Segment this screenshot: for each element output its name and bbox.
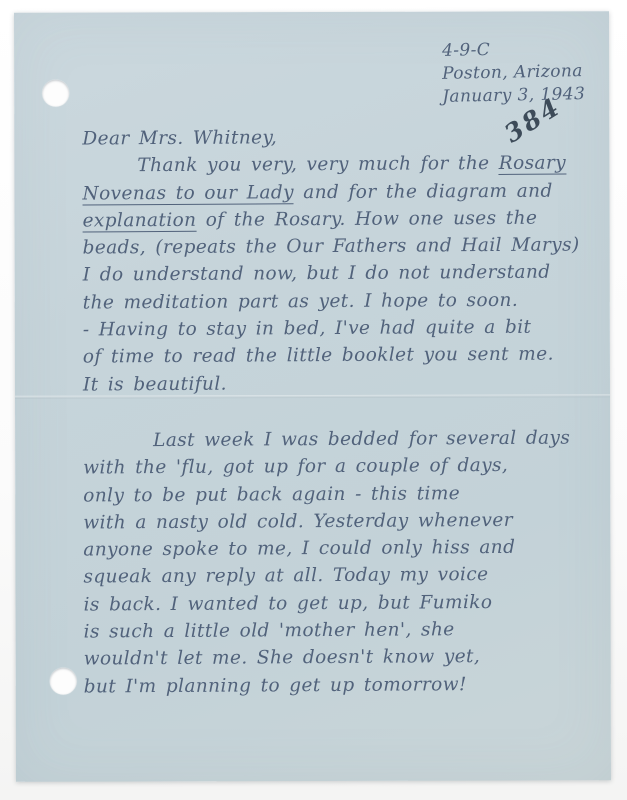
text-segment: is such a little old 'mother hen', she	[84, 619, 455, 642]
header-date: January 3, 1943	[442, 83, 585, 109]
letter-line: is such a little old 'mother hen', she	[84, 615, 599, 645]
text-segment: Dear Mrs. Whitney,	[82, 127, 277, 149]
letter-line: squeak any reply at all. Today my voice	[83, 561, 598, 591]
letter-line: of time to read the little booklet you s…	[83, 341, 598, 371]
text-segment: of time to read the little booklet you s…	[83, 344, 554, 368]
text-segment: only to be put back again - this time	[83, 483, 460, 506]
underlined-text-segment: Rosary	[499, 153, 566, 175]
letter-line: wouldn't let me. She doesn't know yet,	[84, 643, 599, 673]
text-segment: Thank you very, very much for the	[137, 153, 498, 176]
text-segment: is back. I wanted to get up, but Fumiko	[83, 592, 492, 615]
punch-hole-bottom	[50, 668, 77, 695]
letter-line: only to be put back again - this time	[83, 479, 598, 509]
letter-line: I do understand now, but I do not unders…	[83, 259, 598, 289]
punch-hole-top	[42, 80, 69, 107]
letter-line: beads, (repeats the Our Fathers and Hail…	[83, 232, 598, 262]
header-unit-number: 4-9-C	[442, 37, 585, 63]
letter-line: Dear Mrs. Whitney,	[82, 122, 597, 152]
letter-line: Thank you very, very much for the Rosary	[82, 150, 597, 180]
letter-body: Dear Mrs. Whitney,Thank you very, very m…	[82, 123, 599, 699]
letter-line: the meditation part as yet. I hope to so…	[83, 286, 598, 316]
letter-line: explanation of the Rosary. How one uses …	[82, 204, 597, 234]
text-segment: beads, (repeats the Our Fathers and Hail…	[83, 235, 580, 259]
letter-line: It is beautiful.	[83, 368, 598, 398]
scan-background: 4-9-C Poston, Arizona January 3, 1943 38…	[0, 0, 627, 800]
text-segment: the meditation part as yet. I hope to so…	[83, 290, 518, 314]
letter-line: Novenas to our Lady and for the diagram …	[82, 177, 597, 207]
letter-line: is back. I wanted to get up, but Fumiko	[83, 588, 598, 618]
letter-line: with a nasty old cold. Yesterday wheneve…	[83, 506, 598, 536]
text-segment: with a nasty old cold. Yesterday wheneve…	[83, 510, 513, 534]
underlined-text-segment: Novenas to our Lady	[82, 182, 294, 205]
letter-line: but I'm planning to get up tomorrow!	[84, 670, 599, 700]
text-segment: - Having to stay in bed, I've had quite …	[83, 317, 532, 341]
letter-line: anyone spoke to me, I could only hiss an…	[83, 534, 598, 564]
letter-line: - Having to stay in bed, I've had quite …	[83, 313, 598, 343]
text-segment: wouldn't let me. She doesn't know yet,	[84, 646, 481, 669]
text-segment: I do understand now, but I do not unders…	[83, 262, 551, 286]
letter-paper: 4-9-C Poston, Arizona January 3, 1943 38…	[14, 11, 611, 782]
text-segment: with the 'flu, got up for a couple of da…	[83, 455, 508, 479]
underlined-text-segment: explanation	[82, 210, 196, 233]
header-place: Poston, Arizona	[442, 60, 585, 86]
text-segment: and for the diagram and	[294, 180, 553, 203]
text-segment: but I'm planning to get up tomorrow!	[84, 674, 467, 697]
text-segment: squeak any reply at all. Today my voice	[83, 564, 488, 587]
text-segment: of the Rosary. How one uses the	[196, 208, 537, 231]
letter-header: 4-9-C Poston, Arizona January 3, 1943	[442, 38, 585, 107]
text-segment: anyone spoke to me, I could only hiss an…	[83, 537, 515, 561]
text-segment: Last week I was bedded for several days	[153, 427, 570, 451]
text-segment: It is beautiful.	[83, 373, 227, 395]
letter-line: with the 'flu, got up for a couple of da…	[83, 452, 598, 482]
letter-line: Last week I was bedded for several days	[83, 424, 598, 454]
